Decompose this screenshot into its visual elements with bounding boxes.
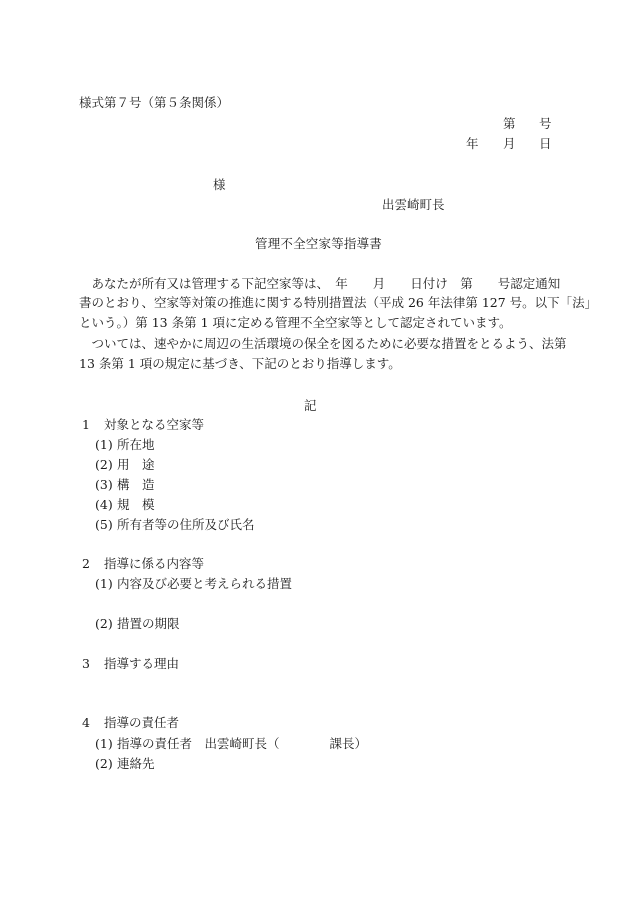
date-day-label: 日 [539,138,552,151]
item-number: (5) [95,519,117,532]
body-line: という。）第 13 条第 1 項に定める管理不全空家等として認定されています。 [79,317,512,330]
item-number: (2) [95,459,117,472]
section-title: 指導に係る内容等 [104,556,204,571]
item-number: (1) [95,738,117,751]
sender-name: 出雲崎町長 [382,199,445,212]
list-item: (5)所有者等の住所及び氏名 [95,519,255,532]
list-item: (3)構 造 [95,479,155,492]
list-item: (4)規 模 [95,499,155,512]
item-number: (4) [95,499,117,512]
section-number: 1 [82,419,104,432]
date-month-label: 月 [503,138,516,151]
body-line: 13 条第 1 項の規定に基づき、下記のとおり指導します。 [79,358,401,371]
item-label: 用 途 [117,457,155,472]
section-number: 3 [82,658,104,671]
item-label: 連絡先 [117,756,155,771]
document-number-suffix: 号 [539,118,552,131]
addressee-suffix: 様 [213,179,226,192]
section-heading: 4指導の責任者 [82,717,179,730]
item-label: 規 模 [117,497,155,512]
item-number: (2) [95,618,117,631]
list-item: (1)指導の責任者 出雲崎町長（ 課長） [95,738,367,751]
item-label: 所有者等の住所及び氏名 [117,517,255,532]
body-line: 書のとおり、空家等対策の推進に関する特別措置法（平成 26 年法律第 127 号… [79,297,597,310]
list-item: (2)措置の期限 [95,618,180,631]
section-number: 4 [82,717,104,730]
body-line: あなたが所有又は管理する下記空家等は、 年 月 日付け 第 号認定通知 [79,278,560,291]
ki-heading: 記 [304,400,317,413]
item-label: 構 造 [117,477,155,492]
section-heading: 2指導に係る内容等 [82,558,204,571]
section-title: 指導する理由 [104,656,179,671]
date-year-label: 年 [466,138,479,151]
section-number: 2 [82,558,104,571]
item-number: (2) [95,758,117,771]
list-item: (1)所在地 [95,439,155,452]
section-heading: 3指導する理由 [82,658,179,671]
item-number: (1) [95,439,117,452]
item-label: 措置の期限 [117,616,180,631]
body-line: ついては、速やかに周辺の生活環境の保全を図るために必要な措置をとるよう、法第 [79,338,567,351]
section-heading: 1対象となる空家等 [82,419,204,432]
item-number: (1) [95,578,117,591]
list-item: (2)用 途 [95,459,155,472]
item-number: (3) [95,479,117,492]
form-number: 様式第７号（第５条関係） [79,97,229,110]
list-item: (2)連絡先 [95,758,155,771]
document-title: 管理不全空家等指導書 [255,238,382,251]
document-number-prefix: 第 [503,118,516,131]
list-item: (1)内容及び必要と考えられる措置 [95,578,292,591]
item-label: 内容及び必要と考えられる措置 [117,576,292,591]
section-title: 指導の責任者 [104,715,179,730]
item-label: 指導の責任者 出雲崎町長（ 課長） [117,736,367,751]
section-title: 対象となる空家等 [104,417,204,432]
item-label: 所在地 [117,437,155,452]
